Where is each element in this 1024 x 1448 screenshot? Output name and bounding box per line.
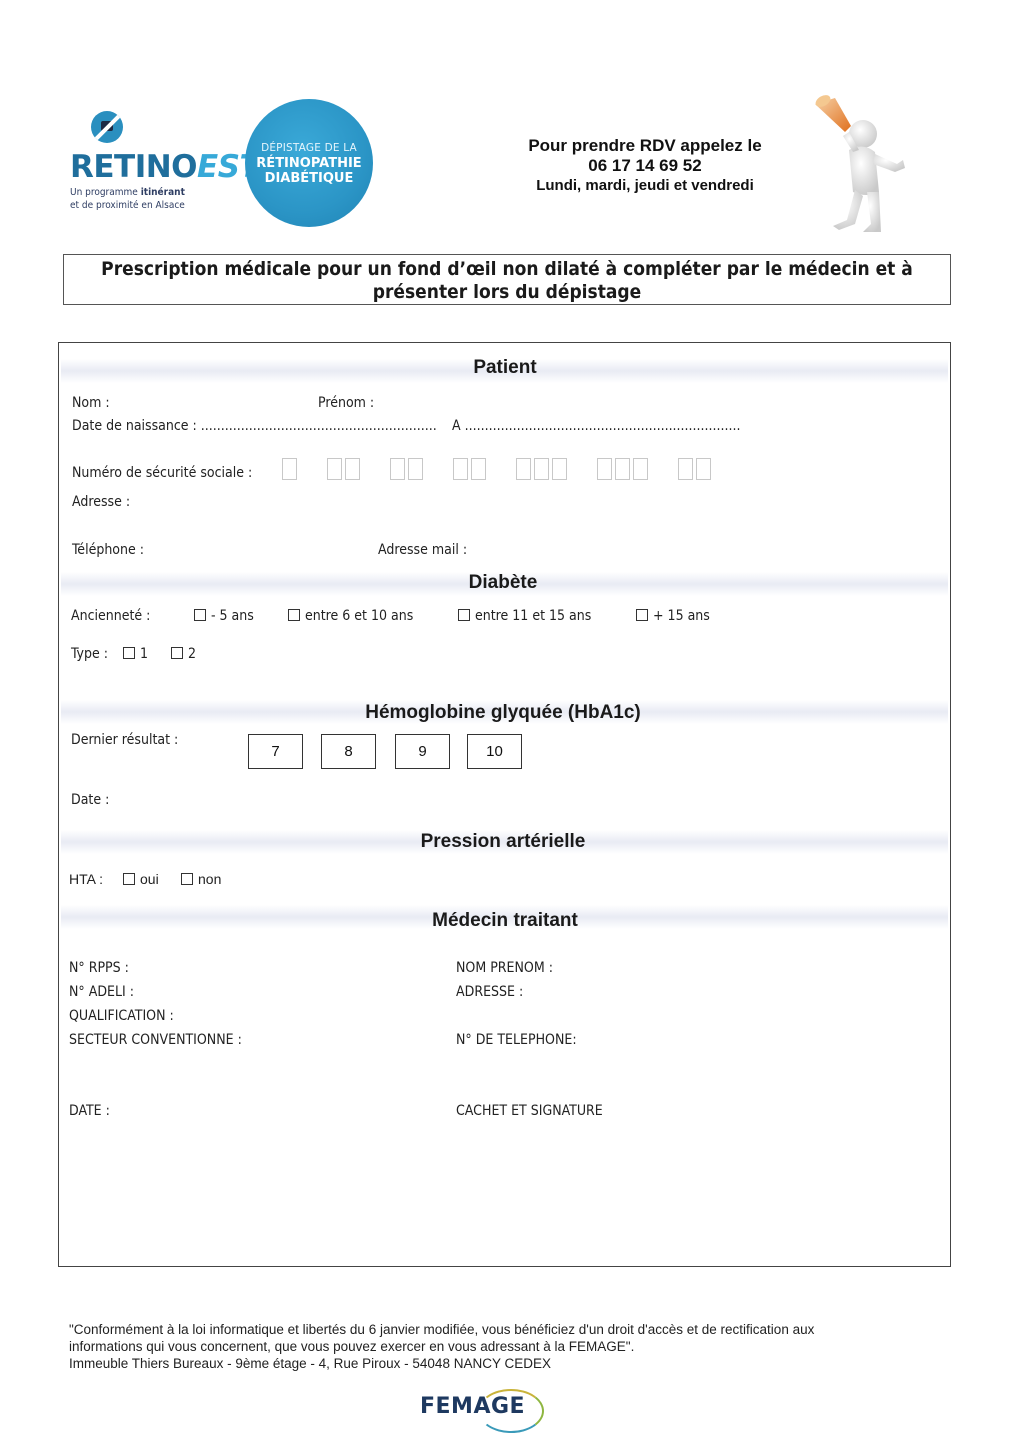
checkbox-anciennete-6-10[interactable]: entre 6 et 10 ans [288,608,413,624]
section-title-pression: Pression artérielle [253,831,753,853]
secu-group[interactable] [678,458,711,480]
secu-digit-box[interactable] [390,458,405,480]
privacy-notice: "Conformément à la loi informatique et l… [69,1321,959,1372]
checkbox-anciennete-11-15[interactable]: entre 11 et 15 ans [458,608,591,624]
secu-digit-box[interactable] [282,458,297,480]
label-telephone: Téléphone : [72,542,144,558]
label-hta: HTA : [69,871,103,887]
checkbox-anciennete-moins-5[interactable]: - 5 ans [194,608,254,624]
label-adresse-medecin: ADRESSE : [456,984,523,1000]
checkbox-icon[interactable] [171,647,183,659]
secu-digit-box[interactable] [615,458,630,480]
label-nom: Nom : [72,395,110,411]
secu-group[interactable] [516,458,567,480]
secu-group[interactable] [282,458,297,480]
appointment-info: Pour prendre RDV appelez le 06 17 14 69 … [480,136,810,196]
secu-digit-box[interactable] [678,458,693,480]
screening-badge: DÉPISTAGE DE LA RÉTINOPATHIE DIABÉTIQUE [245,99,373,227]
secu-digit-box[interactable] [345,458,360,480]
label-anciennete: Ancienneté : [71,608,150,624]
hba1c-option-7[interactable]: 7 [248,734,303,769]
checkbox-anciennete-plus-15[interactable]: + 15 ans [636,608,710,624]
label-cachet-signature: CACHET ET SIGNATURE [456,1103,603,1119]
checkbox-hta-non[interactable]: non [181,871,221,887]
label-adeli: N° ADELI : [69,984,134,1000]
checkbox-hta-oui[interactable]: oui [123,871,159,887]
label-telephone-medecin: N° DE TELEPHONE: [456,1032,577,1048]
label-rpps: N° RPPS : [69,960,129,976]
label-dernier-resultat: Dernier résultat : [71,732,178,748]
label-prenom: Prénom : [318,395,374,411]
label-secu: Numéro de sécurité sociale : [72,465,252,481]
hba1c-option-10[interactable]: 10 [467,734,522,769]
secu-digit-box[interactable] [327,458,342,480]
label-nom-prenom: NOM PRENOM : [456,960,553,976]
secu-digit-box[interactable] [534,458,549,480]
checkbox-icon[interactable] [181,873,193,885]
label-adresse: Adresse : [72,494,130,510]
checkbox-icon[interactable] [123,873,135,885]
secu-group[interactable] [453,458,486,480]
section-title-medecin: Médecin traitant [255,910,755,932]
section-title-patient: Patient [255,357,755,379]
checkbox-icon[interactable] [194,609,206,621]
label-qualification: QUALIFICATION : [69,1008,174,1024]
section-title-hba1c: Hémoglobine glyquée (HbA1c) [253,702,753,724]
secu-digit-box[interactable] [453,458,468,480]
document-title: Prescription médicale pour un fond d’œil… [63,254,951,305]
secu-digit-box[interactable] [633,458,648,480]
secu-digit-box[interactable] [471,458,486,480]
label-date-signature: DATE : [69,1103,110,1119]
secu-group[interactable] [390,458,423,480]
retino-eye-slash-icon [91,111,123,143]
secu-digit-box[interactable] [408,458,423,480]
label-date-hba1c: Date : [71,792,109,808]
label-secteur: SECTEUR CONVENTIONNE : [69,1032,242,1048]
secu-group[interactable] [597,458,648,480]
secu-digit-box[interactable] [597,458,612,480]
megaphone-figure-icon [805,92,915,237]
checkbox-icon[interactable] [636,609,648,621]
checkbox-icon[interactable] [123,647,135,659]
secu-digit-box[interactable] [696,458,711,480]
checkbox-icon[interactable] [288,609,300,621]
femage-address: Immeuble Thiers Bureaux - 9ème étage - 4… [69,1355,959,1372]
appointment-phone: 06 17 14 69 52 [480,156,810,176]
label-type: Type : [71,646,108,662]
section-title-diabete: Diabète [253,572,753,594]
retinoest-tagline: Un programme itinérant et de proximité e… [70,186,185,212]
secu-digit-box[interactable] [552,458,567,480]
label-mail: Adresse mail : [378,542,467,558]
secu-group[interactable] [327,458,360,480]
checkbox-type-1[interactable]: 1 [123,646,148,662]
femage-logo: FEMAGE [420,1394,525,1419]
hba1c-option-8[interactable]: 8 [321,734,376,769]
hba1c-option-9[interactable]: 9 [395,734,450,769]
retinoest-logo: RETINOEST [70,152,260,183]
label-date-naissance[interactable]: Date de naissance : ....................… [72,418,437,434]
checkbox-icon[interactable] [458,609,470,621]
checkbox-type-2[interactable]: 2 [171,646,196,662]
secu-digit-box[interactable] [516,458,531,480]
label-lieu-naissance[interactable]: A ......................................… [452,418,741,434]
